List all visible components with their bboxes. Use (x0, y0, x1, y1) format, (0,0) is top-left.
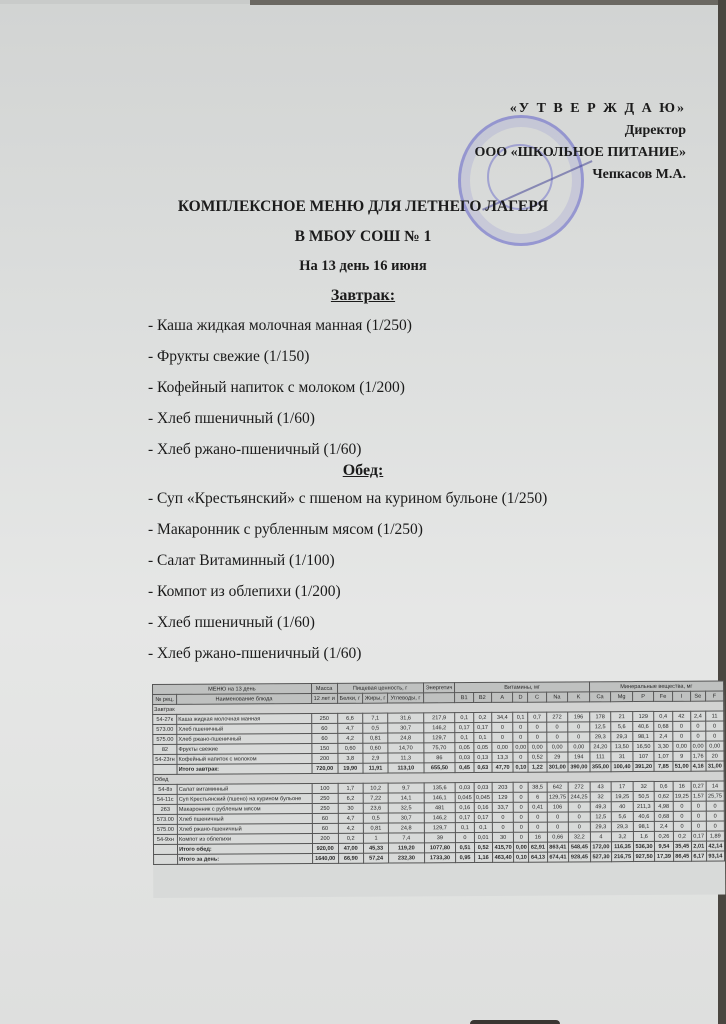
table-cell: 0,1 (474, 822, 492, 832)
table-cell: 0,1 (455, 713, 473, 723)
table-cell: 129,75 (547, 792, 569, 802)
table-cell: 29,3 (611, 732, 633, 742)
table-cell: 573.00 (153, 814, 177, 824)
table-cell: 0,03 (474, 782, 492, 792)
table-cell: 0,41 (529, 802, 547, 812)
col-k: K (568, 692, 590, 702)
approver-position: Директор (475, 120, 687, 142)
table-cell: 32 (633, 781, 655, 791)
table-cell: 301,00 (547, 762, 569, 772)
table-cell: 32,2 (569, 832, 591, 842)
approve-word: «У Т В Е Р Ж Д А Ю» (475, 98, 687, 120)
col-a: A (491, 692, 513, 702)
table-cell: 642 (547, 782, 569, 792)
table-cell: 200 (312, 753, 338, 763)
table-cell: 0,1 (473, 732, 491, 742)
document-title: КОМПЛЕКСНОЕ МЕНЮ ДЛЯ ЛЕТНЕГО ЛАГЕРЯ (0, 198, 726, 216)
table-cell: 1,6 (633, 831, 655, 841)
table-cell: 64,13 (529, 852, 547, 862)
table-cell: 0,16 (456, 803, 474, 813)
table-cell: 4,7 (337, 723, 362, 733)
table-cell: 0 (672, 731, 690, 741)
table-cell: 100,40 (611, 762, 633, 772)
table-cell: 60 (311, 723, 337, 733)
table-cell: 527,30 (590, 852, 612, 862)
table-cell: 3,2 (612, 832, 634, 842)
table-cell: 0 (513, 732, 528, 742)
col-mass: Масса (311, 683, 337, 693)
table-cell: 19,25 (673, 791, 691, 801)
table-cell: 34,4 (492, 712, 514, 722)
table-cell: 32,5 (388, 803, 423, 813)
table-cell: 135,6 (424, 783, 456, 793)
breakfast-list: Каша жидкая молочная манная (1/250) Фрук… (148, 310, 412, 465)
breakfast-item: Фрукты свежие (1/150) (148, 341, 412, 372)
table-cell: 0,13 (474, 752, 492, 762)
table-cell: 24,8 (389, 823, 424, 833)
table-cell: 0,4 (654, 711, 672, 721)
approver-organization: ООО «ШКОЛЬНОЕ ПИТАНИЕ» (475, 142, 687, 164)
table-cell: 272 (568, 782, 590, 792)
col-ca: Ca (589, 692, 611, 702)
table-cell: 927,50 (633, 851, 655, 861)
dish-name-cell: Итого за день: (178, 854, 313, 865)
table-cell: 196 (568, 712, 590, 722)
table-cell: 30,7 (388, 813, 423, 823)
table-cell: 200 (312, 833, 338, 843)
table-cell: 0 (691, 721, 706, 731)
table-cell: 9 (672, 751, 690, 761)
table-cell: 45,33 (363, 843, 388, 853)
table-cell: 0 (568, 812, 590, 822)
col-mass-sub: 12 лет и (311, 693, 337, 703)
table-cell: 0,63 (474, 762, 492, 772)
table-cell: 0,1 (456, 823, 474, 833)
table-cell: 0,03 (455, 753, 473, 763)
table-cell: 4,7 (338, 813, 363, 823)
table-cell: 13,3 (492, 752, 514, 762)
table-cell: 2,9 (363, 753, 388, 763)
table-cell: 0 (705, 731, 723, 741)
col-b1: B1 (455, 693, 473, 703)
table-cell: 14 (706, 781, 724, 791)
table-cell: 481 (424, 803, 456, 813)
table-cell: 0 (492, 812, 514, 822)
table-cell: 60 (311, 733, 337, 743)
table-cell: 23,6 (363, 803, 388, 813)
table-cell: 536,30 (633, 841, 655, 851)
table-cell: 1640,00 (312, 853, 338, 863)
table-cell: 29,3 (612, 822, 634, 832)
table-cell: 863,41 (547, 842, 569, 852)
table-cell: 575.00 (153, 824, 177, 834)
table-cell: 16 (673, 781, 691, 791)
col-i: I (672, 691, 690, 701)
table-cell: 2,4 (690, 711, 705, 721)
table-cell: 33,7 (492, 802, 514, 812)
lunch-item: Хлеб ржано-пшеничный (1/60) (148, 638, 547, 669)
table-cell: 463,40 (492, 852, 514, 862)
col-na: Na (546, 692, 568, 702)
table-cell: 0,17 (691, 831, 706, 841)
table-cell: 0 (529, 822, 547, 832)
col-energy-sub (423, 693, 455, 703)
table-cell: 16 (529, 832, 547, 842)
table-cell: 14,70 (388, 743, 423, 753)
table-cell: 194 (568, 752, 590, 762)
table-cell: 3,30 (654, 741, 672, 751)
table-cell: 415,70 (492, 842, 514, 852)
table-cell: 0,17 (455, 723, 473, 733)
table-cell: 54-9хн (153, 834, 177, 844)
table-cell: 4 (590, 832, 612, 842)
table-cell: 0 (546, 732, 568, 742)
table-cell: 62,91 (529, 842, 547, 852)
table-cell: 232,30 (389, 853, 424, 863)
table-cell: 30 (492, 832, 514, 842)
table-cell: 178 (589, 712, 611, 722)
table-cell: 31,00 (706, 761, 724, 771)
table-cell: 129,7 (423, 733, 455, 743)
table-cell: 6,2 (338, 793, 363, 803)
table-cell: 0,6 (654, 781, 672, 791)
table-cell: 0 (514, 802, 529, 812)
table-cell: 2,01 (691, 841, 706, 851)
table-cell: 0,45 (455, 763, 473, 773)
table-cell: 0 (673, 801, 691, 811)
table-cell (153, 844, 177, 854)
table-cell: 106 (547, 802, 569, 812)
table-cell: 0,60 (337, 743, 362, 753)
table-cell: 2,4 (655, 821, 673, 831)
table-cell: 0 (568, 822, 590, 832)
table-cell: 10,2 (363, 783, 388, 793)
table-cell: 54-11с (153, 794, 177, 804)
table-cell: 82 (153, 744, 177, 754)
table-cell: 211,3 (633, 801, 655, 811)
table-cell: 0,2 (473, 712, 491, 722)
table-cell: 129,7 (424, 823, 456, 833)
breakfast-item: Хлеб пшеничный (1/60) (148, 403, 412, 434)
table-cell: 272 (546, 712, 568, 722)
col-mg: Mg (611, 692, 633, 702)
table-cell: 1 (363, 833, 388, 843)
table-cell: 9,7 (388, 783, 423, 793)
table-cell: 548,45 (569, 842, 591, 852)
breakfast-item: Хлеб ржано-пшеничный (1/60) (148, 434, 412, 465)
table-cell: 3,8 (338, 753, 363, 763)
table-cell: 4,2 (337, 733, 362, 743)
lunch-item: Хлеб пшеничный (1/60) (148, 607, 547, 638)
table-cell: 250 (312, 803, 338, 813)
table-cell: 0,00 (546, 742, 568, 752)
table-cell: 19,25 (611, 792, 633, 802)
table-cell: 11,91 (363, 763, 388, 773)
col-se: Se (690, 691, 705, 701)
table-cell: 116,35 (612, 842, 634, 852)
table-cell: 0,5 (363, 813, 388, 823)
table-cell: 0,00 (706, 741, 724, 751)
table-cell: 0,27 (691, 781, 706, 791)
breakfast-item: Каша жидкая молочная манная (1/250) (148, 310, 412, 341)
table-cell: 217,9 (423, 713, 455, 723)
table-cell: 0 (492, 822, 514, 832)
table-cell: 60 (312, 813, 338, 823)
table-cell: 6 (528, 792, 546, 802)
table-cell: 0,2 (338, 833, 363, 843)
table-cell: 49,3 (590, 802, 612, 812)
lunch-item: Макаронник с рубленным мясом (1/250) (148, 514, 547, 545)
table-cell: 150 (312, 743, 338, 753)
col-fat: Жиры, г (362, 693, 387, 703)
col-b2: B2 (473, 692, 491, 702)
table-cell: 29 (546, 752, 568, 762)
table-cell: 0,81 (363, 733, 388, 743)
table-cell: 14,1 (388, 793, 423, 803)
table-cell: 573.00 (153, 724, 177, 734)
table-cell: 390,00 (568, 762, 590, 772)
table-cell: 12,5 (590, 812, 612, 822)
col-fe: Fe (654, 691, 672, 701)
table-cell: 0 (513, 752, 528, 762)
col-p: P (632, 691, 654, 701)
table-cell: 0 (514, 822, 529, 832)
table-cell: 54-23гн (153, 754, 177, 764)
table-cell: 6,17 (691, 851, 706, 861)
table-cell: 391,20 (633, 761, 655, 771)
table-cell: 13,50 (611, 742, 633, 752)
table-cell: 1077,80 (424, 843, 456, 853)
table-cell: 30 (338, 803, 363, 813)
table-cell (154, 854, 178, 864)
table-cell: 0 (705, 721, 723, 731)
table-cell: 0,045 (456, 793, 474, 803)
table-cell: 0,52 (474, 842, 492, 852)
table-cell: 98,1 (633, 731, 655, 741)
table-cell: 51,00 (673, 761, 691, 771)
table-cell: 119,20 (389, 843, 424, 853)
table-cell: 0,17 (473, 722, 491, 732)
table-cell: 0,66 (547, 832, 569, 842)
table-cell: 24,20 (590, 742, 612, 752)
table-cell: 1,76 (691, 751, 706, 761)
table-cell: 24,8 (388, 733, 423, 743)
table-cell: 40,6 (633, 811, 655, 821)
table-cell: 575.00 (153, 734, 177, 744)
table-cell: 0,68 (655, 811, 673, 821)
table-cell: 0 (706, 811, 724, 821)
table-cell: 54-8з (153, 784, 177, 794)
table-cell: 0,16 (474, 802, 492, 812)
table-cell: 5,6 (612, 812, 634, 822)
table-cell: 0,05 (474, 742, 492, 752)
table-cell: 0,00 (691, 741, 706, 751)
table-cell: 0,62 (655, 791, 673, 801)
col-protein: Белки, г (337, 693, 362, 703)
table-cell: 0,52 (528, 752, 546, 762)
table-cell: 86 (423, 753, 455, 763)
table-cell: 263 (153, 804, 177, 814)
table-cell: 0 (706, 821, 724, 831)
table-cell: 1733,30 (424, 853, 456, 863)
table-cell: 0,81 (363, 823, 388, 833)
table-cell: 60 (312, 823, 338, 833)
table-cell: 16,50 (633, 741, 655, 751)
table-cell: 0,00 (528, 742, 546, 752)
table-cell: 0,03 (456, 783, 474, 793)
table-cell: 0,10 (513, 762, 528, 772)
table-cell: 920,00 (312, 843, 338, 853)
table-cell: 0,01 (474, 832, 492, 842)
col-nutrition: Пищевая ценность, г (337, 683, 423, 694)
table-cell: 40 (611, 802, 633, 812)
table-cell: 47,00 (338, 843, 363, 853)
approver-name: Чепкасов М.А. (475, 164, 687, 186)
school-name: В МБОУ СОШ № 1 (0, 228, 726, 246)
table-cell: 0 (568, 732, 590, 742)
table-cell: 0,10 (514, 852, 529, 862)
table-cell: 42,14 (706, 841, 724, 851)
table-cell: 146,2 (424, 813, 456, 823)
table-cell: 100 (312, 783, 338, 793)
table-cell: 0 (673, 821, 691, 831)
table-cell: 98,1 (633, 821, 655, 831)
table-cell: 12,5 (589, 722, 611, 732)
table-cell: 40,6 (633, 721, 655, 731)
table-cell: 0,17 (474, 812, 492, 822)
table-cell: 111 (590, 752, 612, 762)
breakfast-item: Кофейный напиток с молоком (1/200) (148, 372, 412, 403)
table-grand-total-row: Итого за день:1640,0066,9057,24232,30173… (154, 851, 725, 864)
table-cell: 0 (456, 833, 474, 843)
table-cell: 4,2 (338, 823, 363, 833)
table-cell: 0 (529, 812, 547, 822)
table-cell: 47,70 (492, 762, 514, 772)
table-cell: 0 (513, 722, 528, 732)
breakfast-heading: Завтрак: (0, 287, 726, 305)
table-cell: 0,1 (455, 733, 473, 743)
table-cell: 250 (312, 793, 338, 803)
table-cell: 203 (492, 782, 514, 792)
table-cell: 7,1 (363, 713, 388, 723)
table-cell: 0,1 (513, 712, 528, 722)
lunch-item: Салат Витаминный (1/100) (148, 545, 547, 576)
lunch-item: Суп «Крестьянский» с пшеном на курином б… (148, 483, 547, 514)
table-cell: 0 (514, 812, 529, 822)
table-cell: 0,60 (363, 743, 388, 753)
table-cell: 1,57 (691, 791, 706, 801)
table-cell: 0 (691, 821, 706, 831)
table-cell: 1,89 (706, 831, 724, 841)
table-cell: 0 (528, 722, 546, 732)
table-cell: 0 (547, 822, 569, 832)
menu-date: На 13 день 16 июня (0, 258, 726, 275)
table-cell: 0 (691, 731, 706, 741)
table-cell: 0,00 (514, 842, 529, 852)
table-cell: 0,17 (456, 813, 474, 823)
table-cell: 0,2 (673, 831, 691, 841)
table-cell: 38,5 (528, 782, 546, 792)
table-cell: 43 (590, 782, 612, 792)
table-cell: 0,00 (492, 742, 514, 752)
table-cell: 31 (611, 752, 633, 762)
table-cell (153, 764, 177, 774)
lunch-item: Компот из облепихи (1/200) (148, 576, 547, 607)
table-cell: 0 (568, 802, 590, 812)
table-cell: 5,6 (611, 722, 633, 732)
table-cell: 0 (514, 792, 529, 802)
table-cell: 0,00 (568, 742, 590, 752)
col-f: F (705, 691, 723, 701)
table-cell: 674,41 (547, 852, 569, 862)
nutrition-table: МЕНЮ на 13 день Масса Пищевая ценность, … (152, 681, 725, 865)
table-cell: 146,1 (424, 793, 456, 803)
table-cell: 0,05 (455, 743, 473, 753)
table-cell: 0,26 (655, 831, 673, 841)
lunch-heading: Обед: (0, 462, 726, 480)
table-cell: 0 (672, 721, 690, 731)
table-cell: 1,22 (528, 762, 546, 772)
table-cell: 21 (611, 712, 633, 722)
table-cell: 0 (492, 732, 514, 742)
nutrition-table-container: МЕНЮ на 13 день Масса Пищевая ценность, … (152, 681, 725, 898)
table-cell: 39 (424, 833, 456, 843)
table-cell: 720,00 (312, 763, 338, 773)
table-cell: 244,25 (568, 792, 590, 802)
table-cell: 0,68 (654, 721, 672, 731)
table-cell: 4,98 (655, 801, 673, 811)
col-c: C (528, 692, 546, 702)
lunch-list: Суп «Крестьянский» с пшеном на курином б… (148, 483, 547, 669)
table-cell: 54-27к (153, 714, 177, 724)
table-cell: 11 (705, 711, 723, 721)
table-cell: 0 (528, 732, 546, 742)
table-cell: 0,95 (456, 853, 474, 863)
table-cell: 250 (311, 713, 337, 723)
table-cell: 75,70 (423, 743, 455, 753)
table-cell: 655,50 (423, 763, 455, 773)
col-energy: Энергетич (423, 683, 455, 693)
table-cell: 0,00 (513, 742, 528, 752)
table-cell: 1,16 (474, 852, 492, 862)
table-cell: 129 (632, 711, 654, 721)
table-cell: 31,6 (388, 713, 423, 723)
col-recipe-no: № рец. (153, 694, 177, 704)
table-cell: 17 (611, 782, 633, 792)
table-cell: 29,3 (590, 822, 612, 832)
table-cell: 17,39 (655, 851, 673, 861)
table-cell: 50,5 (633, 791, 655, 801)
table-cell: 1,07 (654, 751, 672, 761)
table-cell: 0 (546, 722, 568, 732)
table-cell: 172,00 (590, 842, 612, 852)
table-cell: 6,6 (337, 713, 362, 723)
col-d: D (513, 692, 528, 702)
table-cell: 146,2 (423, 723, 455, 733)
table-cell: 0 (514, 832, 529, 842)
table-cell: 32 (590, 792, 612, 802)
table-cell: 216,75 (612, 852, 634, 862)
table-cell: 0 (547, 812, 569, 822)
table-cell: 20 (706, 751, 724, 761)
table-cell: 29,3 (589, 732, 611, 742)
table-cell: 19,90 (338, 763, 363, 773)
table-cell: 2,4 (654, 731, 672, 741)
table-cell: 0 (673, 811, 691, 821)
background-edge-top (250, 0, 726, 5)
table-cell: 25,75 (706, 791, 724, 801)
col-carbs: Углеводы, г (388, 693, 423, 703)
